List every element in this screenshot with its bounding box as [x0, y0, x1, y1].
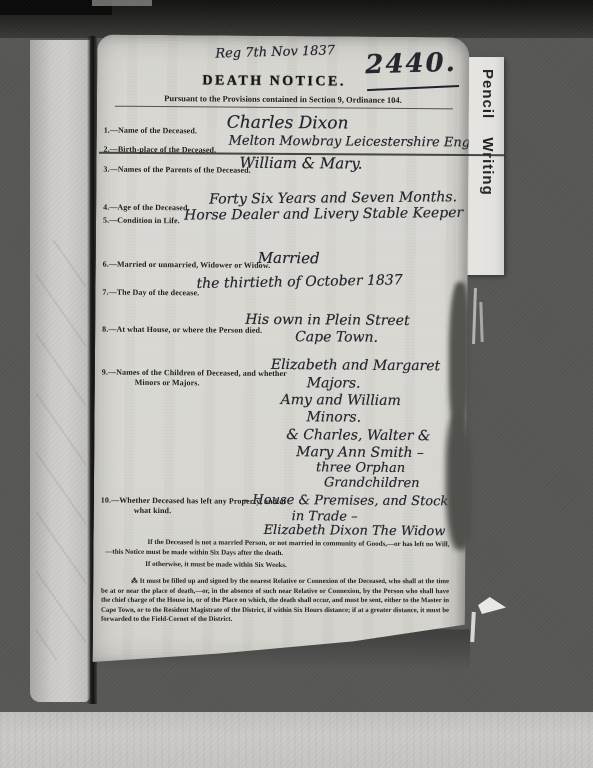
bookmark-tab-tail-sliver [470, 612, 476, 642]
field-marital-status-value: Married [258, 249, 320, 267]
notice-subtitle: Pursuant to the Provisions contained in … [97, 93, 469, 106]
field-name-value: Charles Dixon [227, 113, 349, 134]
field-place-of-death-label: 8.—At what House, or where the Person di… [102, 325, 262, 335]
field-children-line: Majors. [307, 375, 361, 391]
field-children-line: & Charles, Walter & [286, 427, 430, 444]
note-six-days: If the Deceased is not a married Person,… [105, 537, 449, 560]
field-day-of-decease-label: 7.—The Day of the decease. [102, 288, 199, 298]
field-parents-value: William & Mary. [239, 154, 362, 173]
field-children-label: Minors or Majors. [135, 378, 200, 388]
field-property-line: – House & Premises, and Stock [242, 493, 449, 510]
scan-bottom-strip [0, 712, 593, 768]
field-parents-label: 3.—Names of the Parents of the Deceased. [103, 165, 250, 175]
torn-edge-blotch [449, 282, 469, 432]
field-condition-value: Horse Dealer and Livery Stable Keeper [184, 205, 463, 224]
field-children-label: 9.—Names of the Children of Deceased, an… [102, 368, 287, 378]
field-children-line: Minors. [306, 409, 361, 425]
scan-top-notch [92, 0, 152, 6]
bookmark-tab-tail [478, 597, 506, 614]
field-condition-label: 5.—Condition in Life. [103, 216, 180, 226]
field-place-of-death-line: His own in Plein Street [245, 312, 410, 329]
field-age-label: 4.—Age of the Deceased. [103, 203, 190, 213]
field-children-line: Grandchildren [324, 475, 420, 491]
field-place-of-death-line: Cape Town. [295, 329, 378, 346]
note-instructions: ⁂ It must be filled up and signed by the… [101, 577, 449, 625]
field-property-line: Elizabeth Dixon The Widow [264, 523, 446, 539]
field-children-line: Elizabeth and Margaret [271, 357, 440, 374]
field-children-line: three Orphan [316, 460, 405, 476]
bookmark-tab-label: Pencil Writing [479, 69, 496, 196]
note-six-weeks: If otherwise, it must be made within Six… [145, 560, 445, 570]
field-marital-status-label: 6.—Married or unmarried, Widower or Wido… [103, 260, 271, 270]
torn-edge-fiber [472, 288, 477, 344]
pencil-show-through-marks [36, 240, 86, 660]
registration-note-handwriting: Reg 7th Nov 1837 [215, 43, 335, 61]
field-property-label: what kind. [134, 506, 172, 515]
torn-edge-fiber [479, 302, 483, 342]
field-children-line: Amy and William [281, 392, 401, 409]
torn-edge-blotch [446, 415, 472, 550]
field-name-label: 1.—Name of the Deceased. [104, 126, 197, 136]
adjacent-page-edge [30, 40, 90, 702]
subtitle-rule [115, 106, 453, 110]
notice-title: DEATH NOTICE. [97, 73, 451, 92]
document-scan: Pencil Writing Reg 7th Nov 1837 2440. DE… [0, 0, 593, 768]
field-birthplace-value: Melton Mowbray Leicestershire England [229, 134, 499, 151]
death-notice-paper: Reg 7th Nov 1837 2440. DEATH NOTICE. Pur… [93, 35, 470, 668]
field-day-of-decease-value: the thirtieth of October 1837 [196, 272, 402, 292]
field-children-line: Mary Ann Smith – [296, 444, 424, 461]
